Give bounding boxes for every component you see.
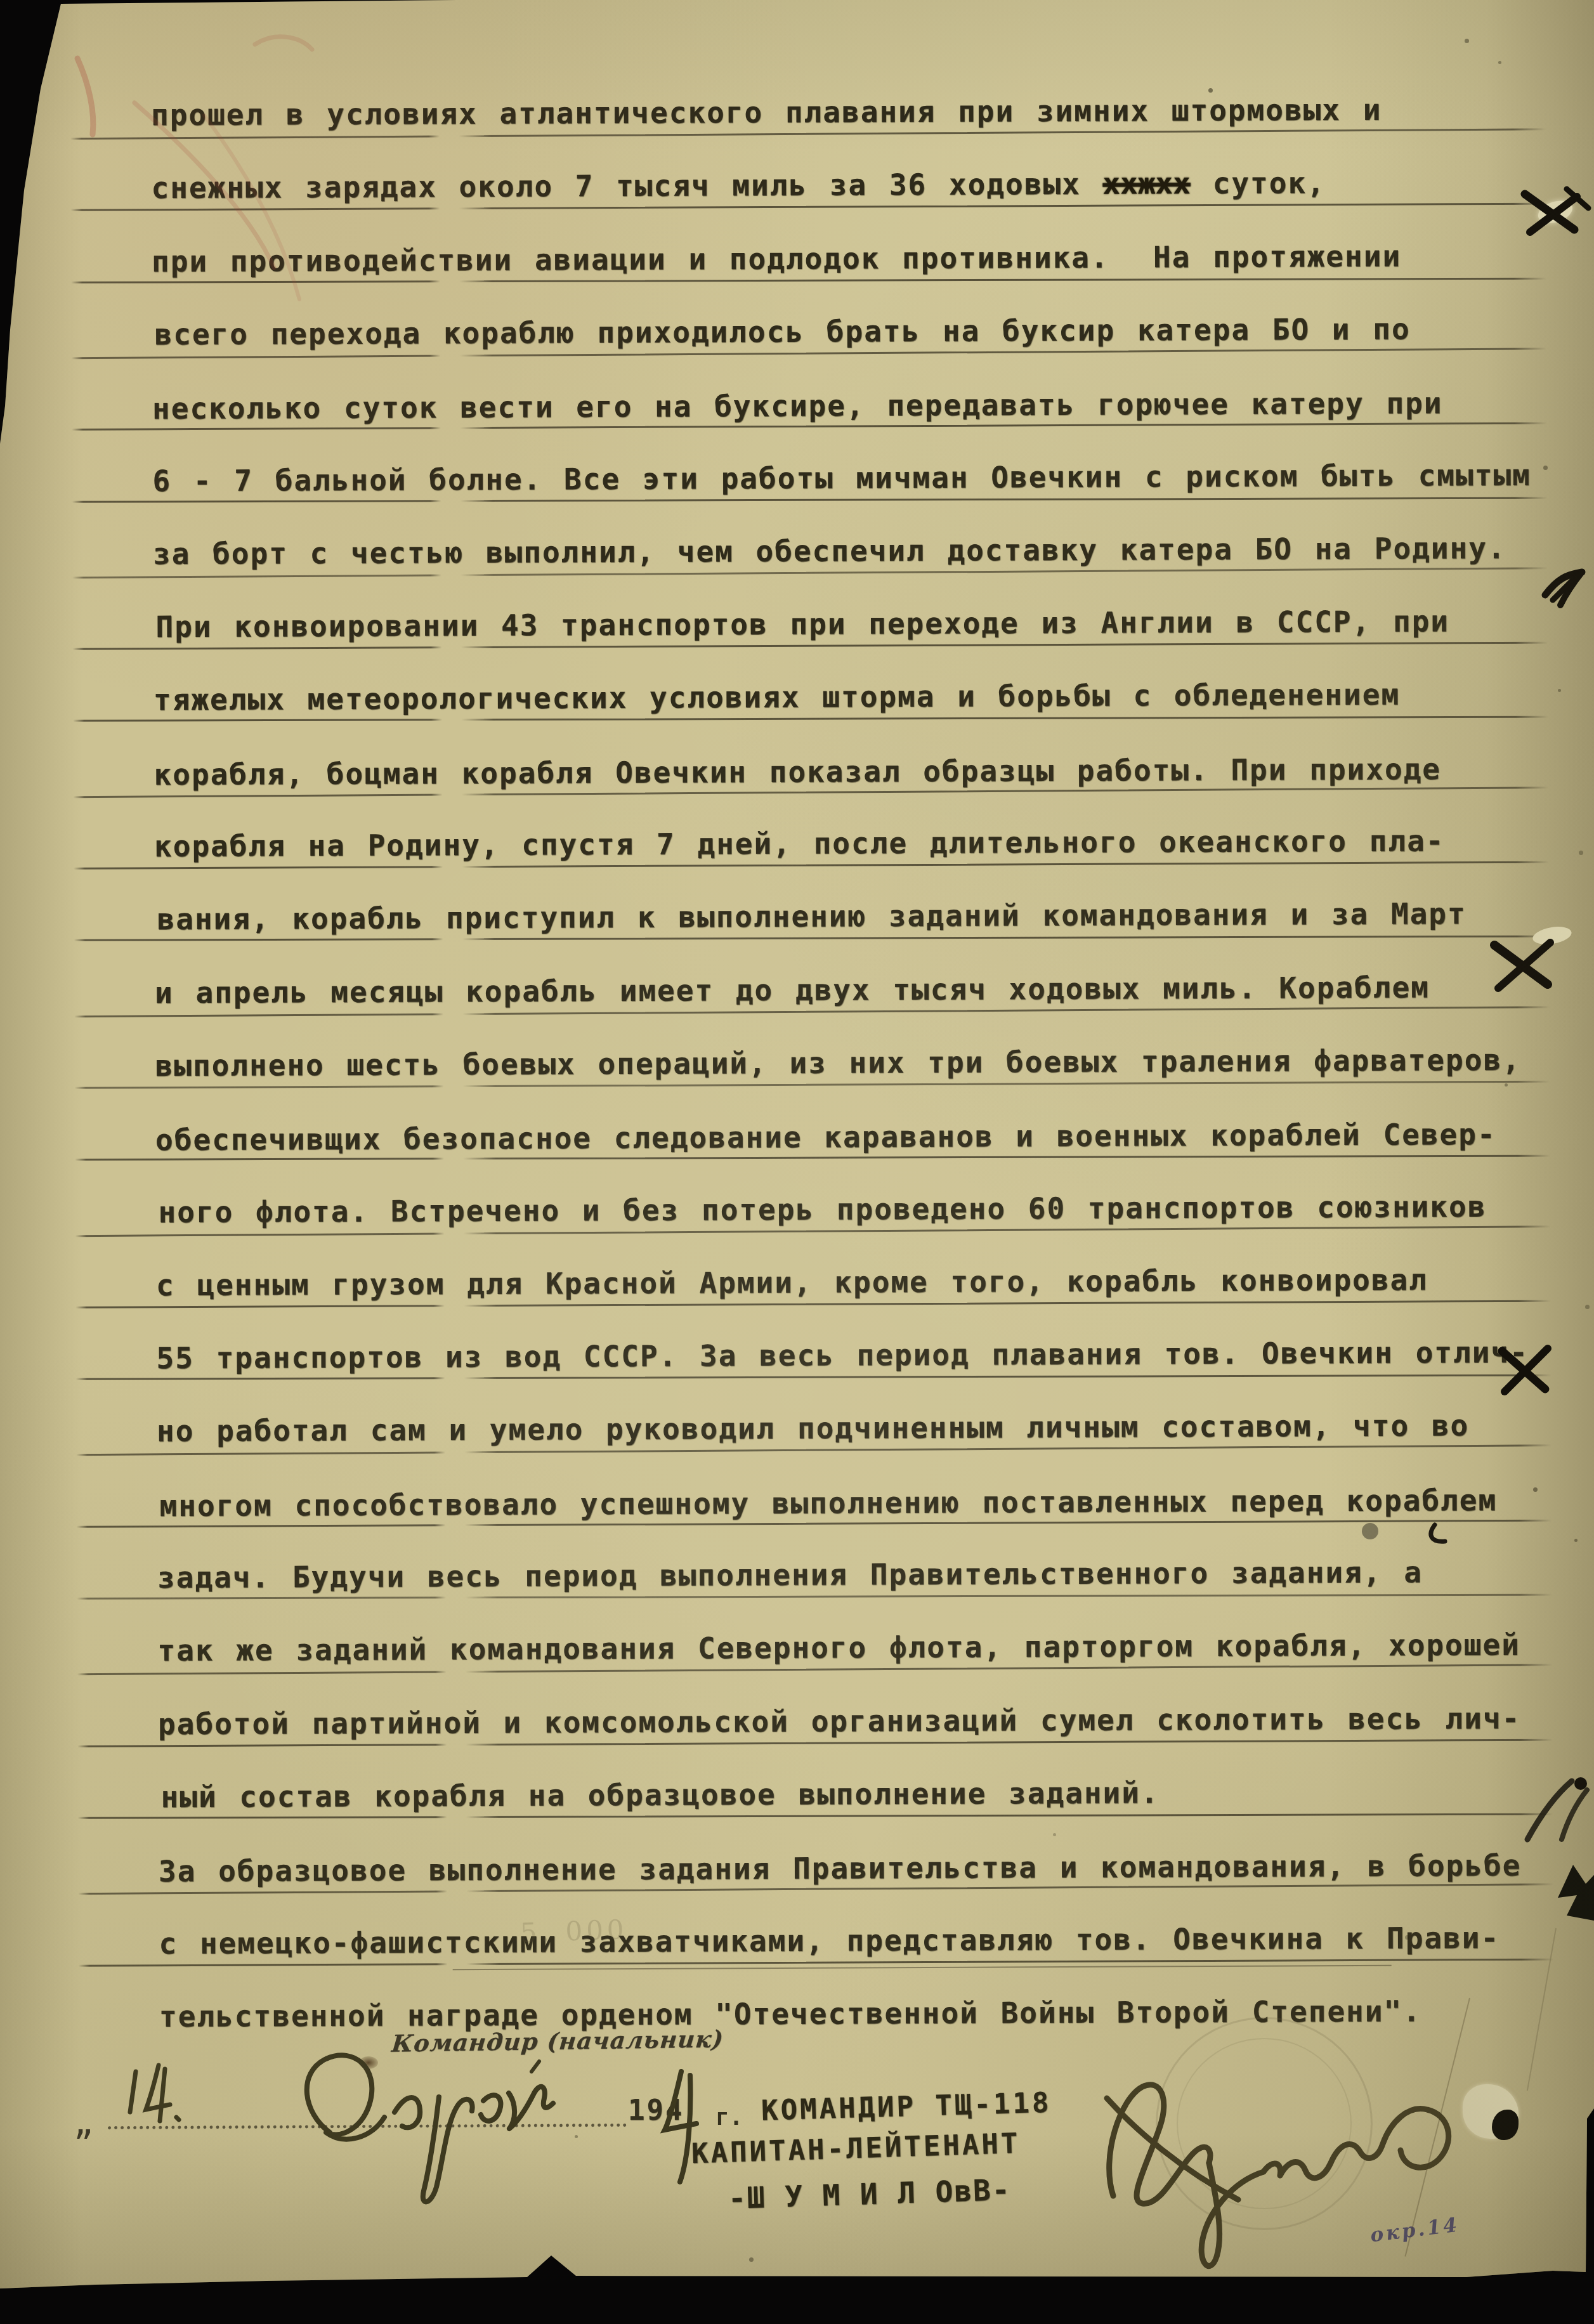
ruled-line — [77, 1594, 1552, 1605]
body-line-text: За образцовое выполнение задания Правите… — [159, 1848, 1522, 1888]
body-line-text: тяжелых метеорологических условиях шторм… — [154, 677, 1400, 717]
body-line-text: вания, корабль приступил к выполнению за… — [157, 897, 1466, 937]
body-line-text: 55 транспортов из вод СССР. За весь пери… — [156, 1335, 1529, 1375]
embossed-seal-ring — [1156, 2017, 1373, 2230]
body-line: выполнено шесть боевых операций, из них … — [0, 1041, 1594, 1123]
body-line: 55 транспортов из вод СССР. За весь пери… — [1, 1333, 1594, 1415]
body-lines: прошел в условиях атлантического плавани… — [0, 0, 1589, 1]
body-line: задач. Будучи весь период выполнения Пра… — [2, 1553, 1594, 1635]
body-line-text: с немецко-фашистскими захватчиками, пред… — [159, 1921, 1499, 1961]
ruled-line — [75, 1155, 1550, 1166]
body-line-text: задач. Будучи весь период выполнения Пра… — [157, 1555, 1423, 1595]
body-line-text: многом способствовало успешному выполнен… — [159, 1483, 1497, 1523]
body-line: всего перехода кораблю приходилось брать… — [0, 310, 1591, 391]
body-line-text: 6 - 7 бальной болне. Все эти работы мичм… — [152, 457, 1531, 497]
body-line-text: выполнено шесть боевых операций, из них … — [155, 1043, 1521, 1083]
commander-label: Командир (начальник) — [391, 2025, 725, 2057]
ruled-line — [79, 1958, 1554, 1972]
ruled-line — [74, 936, 1550, 947]
body-line: с немецко-фашистскими захватчиками, пред… — [3, 1919, 1594, 2001]
open-quote-mark: „ — [74, 2105, 93, 2143]
screenshot-root: { "page": { "title": "Наградной лист (ма… — [0, 0, 1594, 2324]
body-line-text: работой партийной и комсомольской органи… — [158, 1701, 1521, 1740]
body-line: ного флота. Встречено и без потерь прове… — [0, 1187, 1594, 1269]
typed-body: прошел в условиях атлантического плавани… — [0, 0, 1594, 2324]
body-line: 6 - 7 бальной болне. Все эти работы мичм… — [0, 456, 1591, 538]
ruled-line — [73, 642, 1548, 656]
body-line-text: корабля на Родину, спустя 7 дней, после … — [154, 823, 1445, 863]
ruled-line — [71, 277, 1546, 289]
body-line: корабля, боцман корабля Овечкин показал … — [0, 748, 1593, 830]
ruled-line — [76, 1374, 1552, 1386]
body-line: ный состав корабля на образцовое выполне… — [3, 1772, 1594, 1854]
year-typed: 194 — [628, 2094, 684, 2127]
ruled-line — [77, 1739, 1553, 1753]
body-line-text: за борт с честью выполнил, чем обеспечил… — [153, 531, 1506, 571]
ghost-pencil-note: 5. 000 — [519, 1914, 628, 1949]
body-line-text: прошел в условиях атлантического плавани… — [151, 93, 1382, 132]
body-line: при противодействии авиации и подлодок п… — [0, 237, 1590, 318]
body-line: так же заданий командования Северного фл… — [2, 1626, 1594, 1708]
body-line: тяжелых метеорологических условиях шторм… — [0, 676, 1592, 757]
body-line: обеспечивщих безопасное следование карав… — [0, 1114, 1594, 1196]
body-line-text-part: снежных зарядах около 7 тысяч миль за 36… — [151, 167, 1102, 206]
body-line: снежных зарядах около 7 тысяч миль за 36… — [0, 164, 1590, 245]
body-line-text: всего перехода кораблю приходилось брать… — [154, 311, 1410, 351]
body-line-text: корабля, боцман корабля Овечкин показал … — [154, 752, 1441, 792]
ruled-line — [78, 1813, 1553, 1825]
body-line-text: При конвоировании 43 транспортов при пер… — [155, 604, 1449, 644]
paper-speckles — [0, 0, 3, 3]
body-line-text: снежных зарядах около 7 тысяч миль за 36… — [151, 166, 1326, 205]
body-line-text: но работал сам и умело руководил подчине… — [157, 1409, 1469, 1449]
body-line: За образцовое выполнение задания Правите… — [3, 1846, 1594, 1928]
ruled-line — [71, 203, 1546, 217]
body-line: работой партийной и комсомольской органи… — [3, 1699, 1594, 1781]
body-line-text: несколько суток вести его на буксире, пе… — [152, 386, 1443, 426]
body-line: тельственной награде орденом "Отечествен… — [4, 1992, 1594, 2073]
body-line-text: с ценным грузом для Красной Армии, кроме… — [156, 1262, 1428, 1302]
body-line-text: так же заданий командования Северного фл… — [157, 1628, 1520, 1668]
body-line: корабля на Родину, спустя 7 дней, после … — [0, 821, 1593, 903]
body-line: за борт с честью выполнил, чем обеспечил… — [0, 529, 1591, 611]
body-line-text: ного флота. Встречено и без потерь прове… — [158, 1189, 1486, 1229]
struck-out-word: ххжхх — [1102, 166, 1191, 201]
ruled-line — [72, 497, 1548, 508]
body-line: с ценным грузом для Красной Армии, кроме… — [1, 1260, 1594, 1342]
ruled-line — [73, 716, 1548, 728]
body-line: несколько суток вести его на буксире, пе… — [0, 383, 1591, 465]
ruled-line — [75, 1081, 1550, 1095]
body-line: прошел в условиях атлантического плавани… — [0, 90, 1590, 172]
body-line-text: при противодействии авиации и подлодок п… — [152, 238, 1401, 278]
ruled-line — [75, 1300, 1551, 1314]
body-line: но работал сам и умело руководил подчине… — [1, 1407, 1594, 1489]
body-line-text: обеспечивщих безопасное следование карав… — [155, 1117, 1496, 1157]
paper-page: прошел в условиях атлантического плавани… — [0, 0, 1594, 2324]
ruled-line — [74, 861, 1549, 875]
body-line: и апрель месяцы корабль имеет до двух ты… — [0, 968, 1593, 1050]
body-line-text: ный состав корабля на образцовое выполне… — [160, 1775, 1159, 1814]
body-line: При конвоировании 43 транспортов при пер… — [0, 602, 1592, 684]
body-line: вания, корабль приступил к выполнению за… — [0, 895, 1593, 977]
year-suffix: г. — [715, 2105, 743, 2131]
ink-blot — [359, 2056, 378, 2069]
body-line-text: и апрель месяцы корабль имеет до двух ты… — [155, 970, 1430, 1010]
body-line: многом способствовало успешному выполнен… — [1, 1480, 1594, 1562]
body-line-text-part: суток, — [1191, 166, 1326, 200]
